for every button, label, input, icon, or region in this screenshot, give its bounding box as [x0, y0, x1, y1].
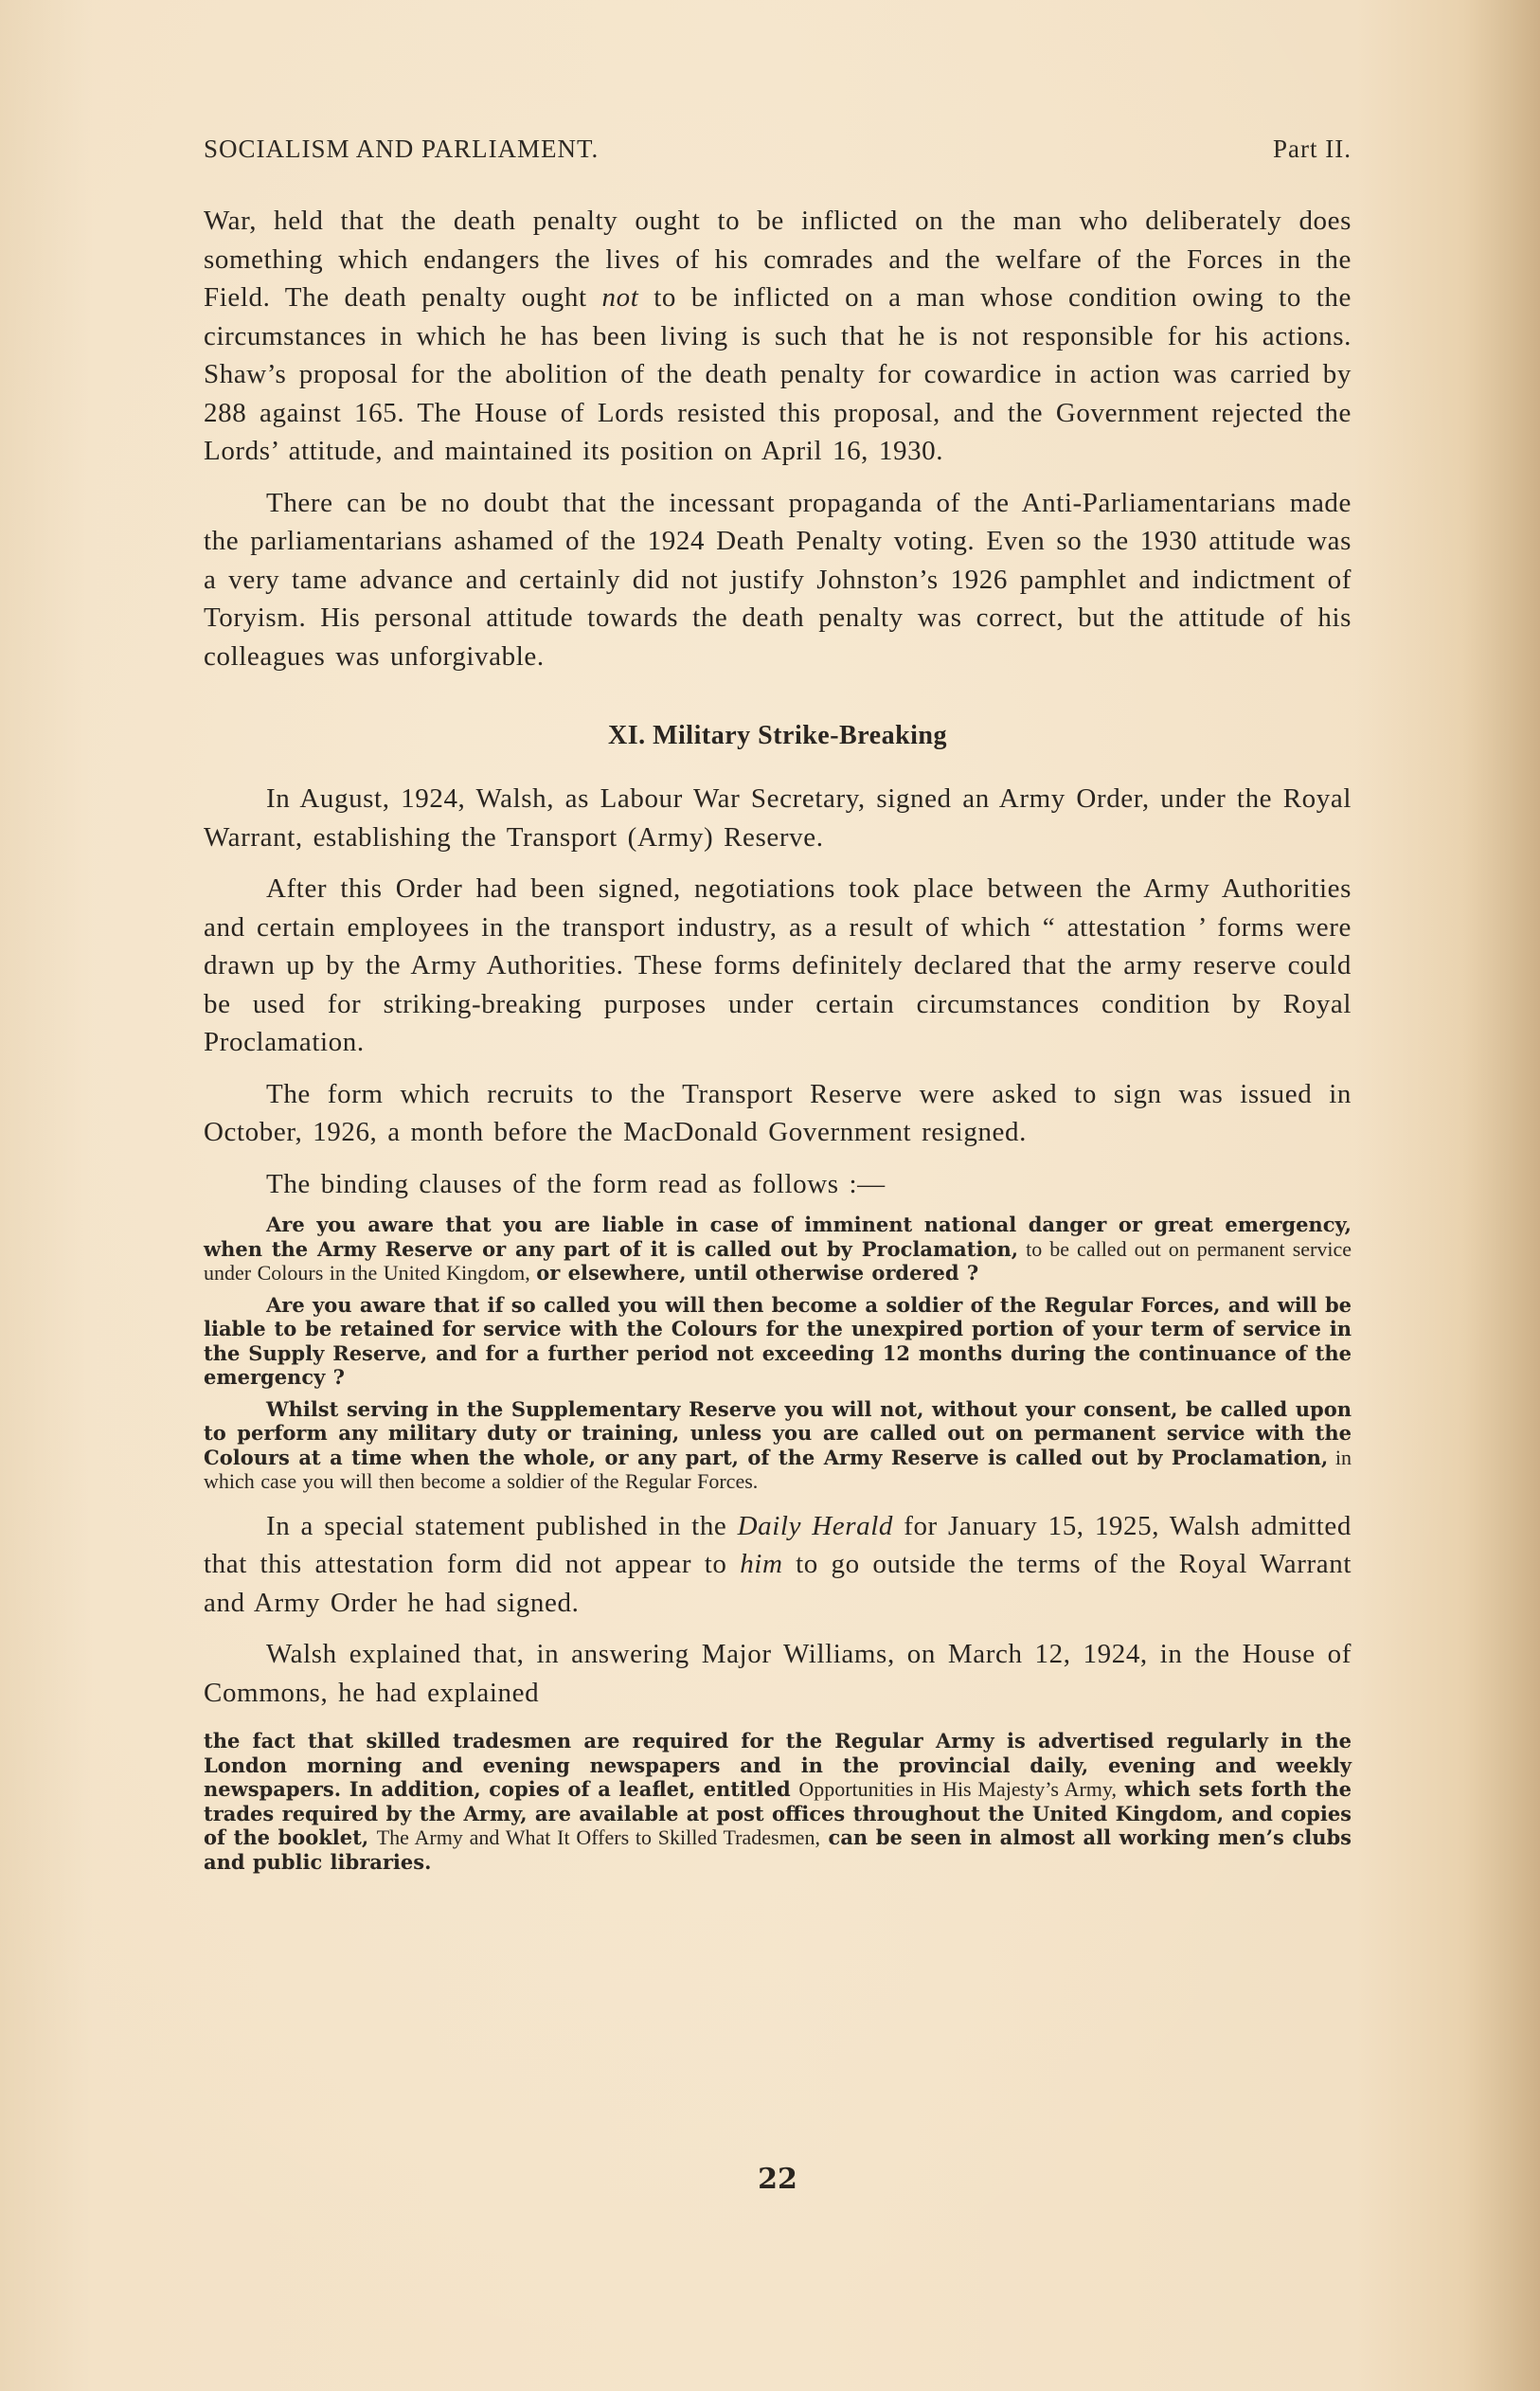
paragraph-5: The form which recruits to the Transport… [204, 1075, 1352, 1152]
clause-1: Are you aware that you are liable in cas… [204, 1213, 1352, 1285]
part-label: Part II. [1273, 135, 1352, 164]
running-header: SOCIALISM AND PARLIAMENT. Part II. [204, 135, 1352, 164]
quoted-answer: the fact that skilled tradesmen are requ… [204, 1729, 1352, 1874]
paragraph-4: After this Order had been signed, negoti… [204, 870, 1352, 1062]
paragraph-2: There can be no doubt that the incessant… [204, 484, 1352, 676]
book-title: SOCIALISM AND PARLIAMENT. [204, 135, 599, 164]
clause-2: Are you aware that if so called you will… [204, 1293, 1352, 1390]
paragraph-3: In August, 1924, Walsh, as Labour War Se… [204, 780, 1352, 856]
page-number: 22 [204, 2163, 1352, 2196]
paragraph-8: Walsh explained that, in answering Major… [204, 1635, 1352, 1712]
section-heading: XI. Military Strike-Breaking [204, 721, 1352, 751]
emphasis-not: not [602, 282, 639, 313]
leaflet-title: Opportunities in His Majesty’s Army, [798, 1777, 1117, 1801]
body-text: War, held that the death penalty ought t… [204, 202, 1352, 1881]
paragraph-7: In a special statement published in the … [204, 1507, 1352, 1623]
paragraph-1: War, held that the death penalty ought t… [204, 202, 1352, 471]
booklet-title: The Army and What It Offers to Skilled T… [377, 1825, 820, 1849]
paragraph-6: The binding clauses of the form read as … [204, 1165, 1352, 1204]
clause-3: Whilst serving in the Supplementary Rese… [204, 1397, 1352, 1494]
emphasis-him: him [740, 1549, 782, 1579]
newspaper-title: Daily Herald [738, 1511, 893, 1541]
